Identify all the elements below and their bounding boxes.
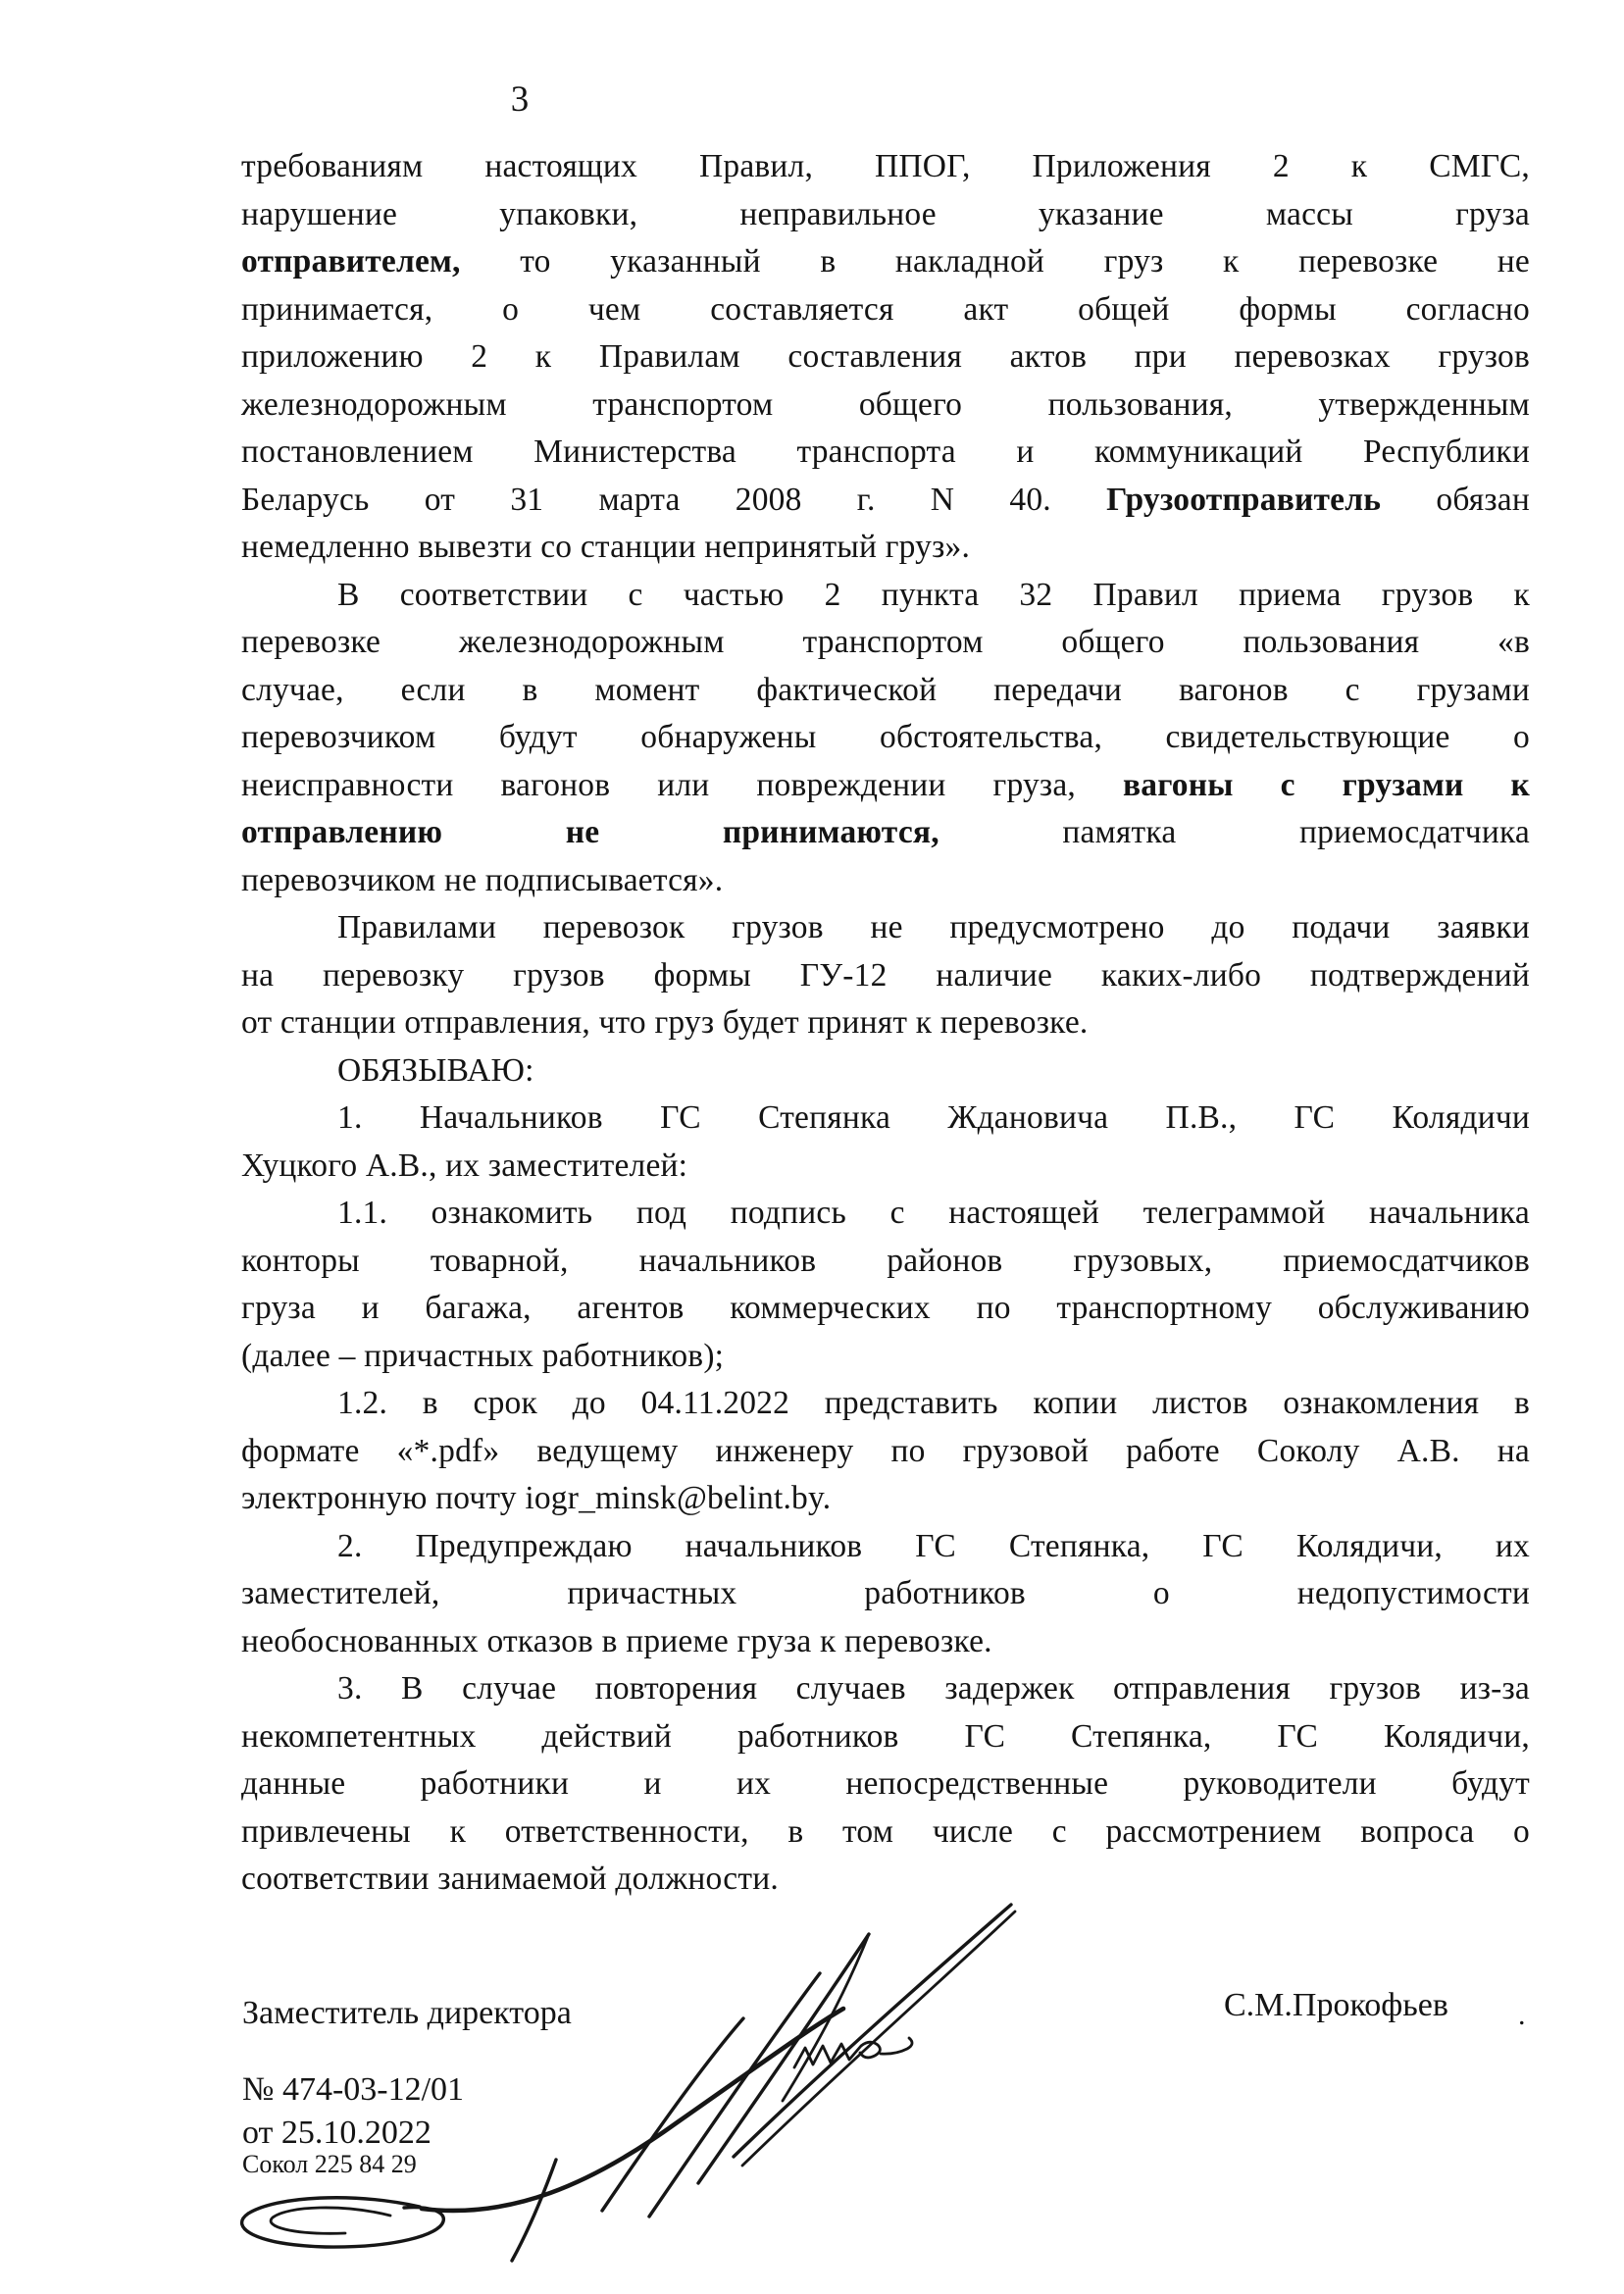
document-page: 3 требованиям настоящих Правил, ППОГ, Пр… bbox=[0, 0, 1624, 2294]
flourish-strokes bbox=[242, 2198, 444, 2247]
handwritten-signature bbox=[0, 0, 1624, 2294]
signature-strokes bbox=[422, 1905, 1015, 2261]
